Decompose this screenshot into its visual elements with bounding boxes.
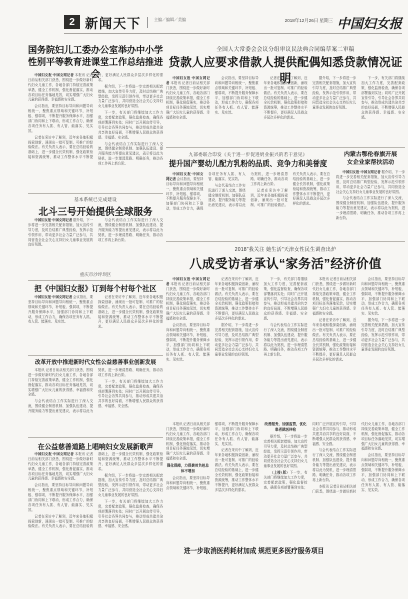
divider-rule: [28, 355, 163, 356]
article-subscribe-body: 中国妇女报·中国女网记者 会议指出，要坚持目标导向和问题导向相统一，聚焦重点领域…: [28, 295, 163, 354]
article-neimeng-body: 中国妇女报·中国女网记者 据介绍，下一步将进一步完善相关配套措施，加大宣传引导力…: [336, 170, 405, 238]
article-medical-subhead1: 强化保障，力保费用负担总体不增加: [166, 464, 210, 475]
byline: 中国妇女报·中国女网记者: [343, 171, 381, 175]
article-medical-headline-part1: 进一步取消医药耗材加成: [184, 548, 257, 555]
byline: 中国妇女报·中国女网记者: [35, 219, 73, 223]
article-beidou-headline: 北斗三号开始提供全球服务: [28, 204, 163, 218]
article-survey-body: 中国妇女报·中国女网记者 本报讯 记者日前从相关部门获悉，围绕进一步做好新时代妇…: [166, 277, 405, 420]
article-milk-body: 中国妇女报·中国女网记者 会议指出，要坚持目标导向和问题导向相统一，聚焦重点领域…: [166, 172, 330, 238]
weekday: 星期三: [319, 18, 333, 23]
article-neimeng-headline-line2: 女企业家帮扶活动: [336, 159, 405, 167]
article-charity-forum-headline-wrap: 改革开放中推进新时代女性公益慈善事业创新发展: [28, 358, 163, 366]
article-beidou-body: 中国妇女报·中国女网记者 据介绍，下一步将进一步完善相关配套措施，加大宣传引导力…: [28, 218, 163, 268]
page-header: 2 新闻天下 主编／编辑／美编 2018年12月26日 星期三 中国妇女报: [64, 13, 402, 31]
masthead-logo: 中国妇女报: [337, 13, 402, 32]
article-loan-kicker: 全国人大常委会会议分组审议民法典合同编草案二审稿: [166, 45, 405, 53]
article-milk-headline: 提升国产婴幼儿配方乳粉的品质、竞争力和美誉度: [166, 159, 330, 169]
article-survey-kicker: 2018“我关注 她生活”天津女性民生调查出炉: [166, 245, 405, 252]
date: 2018年12月26日: [285, 18, 319, 23]
date-wrap: 2018年12月26日 星期三: [263, 17, 333, 27]
divider-rule: [28, 280, 163, 281]
article-loan-body: 中国妇女报·中国女网记者 本报讯 记者日前从相关部门获悉，围绕进一步做好新时代妇…: [166, 76, 405, 145]
article-beidou-kicker: 基本系统已完成建设: [28, 196, 163, 203]
article-neimeng-headline: 内蒙古鄂伦春旗开展 女企业家帮扶活动: [336, 151, 405, 167]
staff-line-wrap: 主编／编辑／美编: [154, 17, 244, 27]
continued-from-note: （上接1版）: [270, 471, 290, 475]
article-charity-song-headline: 在公益慈善道路上唱响妇女发展新歌声: [28, 441, 163, 451]
date-line: 2018年12月26日 星期三: [263, 17, 333, 24]
divider-rule: [166, 147, 405, 148]
article-subscribe-headline: 把《中国妇女报》订到每个村每个社区: [28, 284, 163, 294]
page-number-badge: 2: [64, 15, 80, 29]
article-beidou-kicker-wrap: 基本系统已完成建设: [28, 196, 163, 203]
article-charity-song-body: 中国妇女报·中国女网记者 本报讯 记者日前从相关部门获悉，围绕进一步做好新时代妇…: [28, 452, 163, 578]
header-rule: [64, 33, 402, 34]
header-divider: [147, 17, 148, 28]
article-survey-kicker-wrap: 2018“我关注 她生活”天津女性民生调查出炉: [166, 245, 405, 252]
article-milk-kicker: 九部委联合印发《关于进一步促进奶业振兴的若干意见》: [166, 151, 330, 158]
section-title: 新闻天下: [85, 13, 141, 32]
article-survey-headline: 八成受访者承认“家务活”经济价值: [166, 254, 405, 272]
article-edu-body: 中国妇女报·中国女网记者 本报讯 记者日前从相关部门获悉，围绕进一步做好新时代妇…: [28, 73, 163, 191]
article-charity-forum-headline: 改革开放中推进新时代女性公益慈善事业创新发展: [28, 358, 163, 366]
byline: 中国妇女报·中国女网记者: [35, 296, 73, 300]
newspaper-page: 2 新闻天下 主编／编辑／美编 2018年12月26日 星期三 中国妇女报 国务…: [0, 0, 408, 599]
region-label: 重庆市沙坪坝区: [28, 271, 163, 277]
article-medical-headline-part2: 规范更多医疗服务项目: [258, 548, 324, 555]
divider-rule: [28, 437, 163, 438]
staff-line: 主编／编辑／美编: [154, 17, 244, 23]
divider-rule: [28, 193, 163, 194]
article-milk-kicker-wrap: 九部委联合印发《关于进一步促进奶业振兴的若干意见》: [166, 151, 330, 158]
article-charity-forum-body: 本报讯 记者日前从相关部门获悉，围绕进一步做好新时代妇女儿童工作，各地各部门持续…: [28, 368, 163, 434]
region-label-wrap: 重庆市沙坪坝区: [28, 271, 163, 277]
article-neimeng-headline-line1: 内蒙古鄂伦春旗开展: [336, 151, 405, 159]
divider-rule: [166, 241, 405, 242]
article-edu-headline-line1: 国务院妇儿工委办公室举办中小学: [28, 44, 163, 56]
article-medical-subhead2: 改善服务，加强监管，优化患者就医体验: [264, 422, 308, 433]
byline: 中国妇女报·中国女网记者: [35, 74, 74, 78]
article-loan-kicker-wrap: 全国人大常委会会议分组审议民法典合同编草案二审稿: [166, 45, 405, 53]
article-medical-headline: 进一步取消医药耗材加成 规范更多医疗服务项目: [166, 543, 342, 557]
byline: 中国妇女报·中国女网记者: [35, 453, 74, 457]
